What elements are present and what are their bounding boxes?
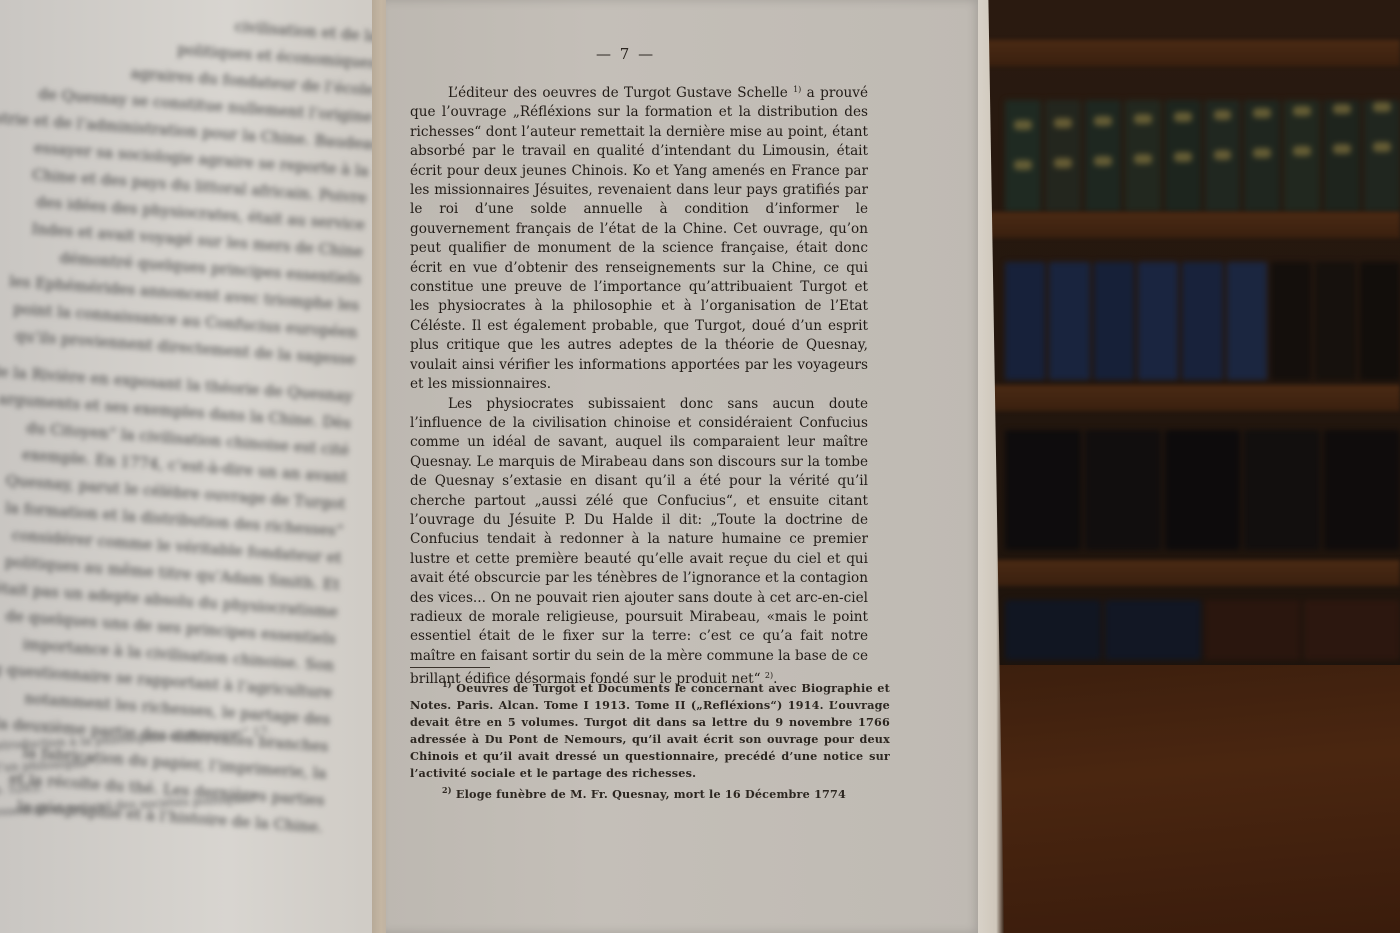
shelf-board [975, 385, 1400, 411]
footnote-mark: 2) [442, 785, 452, 795]
footnote: 2) Eloge funèbre de M. Fr. Quesnay, mort… [410, 782, 890, 803]
left-page: civilisation et de lapolitiques et écono… [0, 0, 380, 933]
left-page-text: civilisation et de lapolitiques et écono… [0, 0, 379, 841]
footnote: 1) Oeuvres de Turgot et Documents le con… [410, 676, 890, 782]
body-text: L’éditeur des oeuvres de Turgot Gustave … [410, 80, 868, 690]
shelf-board [975, 212, 1400, 238]
wooden-table [975, 665, 1400, 933]
paragraph-text: L’éditeur des oeuvres de Turgot Gustave … [448, 85, 793, 101]
book-row-dark [1005, 430, 1400, 550]
paragraph: Les physiocrates subissaient donc sans a… [410, 395, 868, 690]
book-row-blue [1005, 262, 1400, 380]
shelf-board [975, 560, 1400, 586]
paragraph-text: a prouvé que l’ouvrage „Réfléxions sur l… [410, 85, 868, 392]
footnotes: 1) Oeuvres de Turgot et Documents le con… [410, 676, 890, 803]
footnote-text: Oeuvres de Turgot et Documents le concer… [410, 681, 890, 780]
book-row-gilt [1005, 100, 1400, 212]
book-row-bottom [1005, 600, 1400, 660]
paragraph: L’éditeur des oeuvres de Turgot Gustave … [410, 80, 868, 395]
paragraph-text: Les physiocrates subissaient donc sans a… [410, 396, 868, 688]
footnote-mark: 1) [442, 679, 452, 689]
footnote-divider [410, 667, 490, 668]
page-number: — 7 — [596, 45, 655, 63]
shelf-board [975, 40, 1400, 66]
background-bookshelf [975, 0, 1400, 700]
footnote-text: Eloge funèbre de M. Fr. Quesnay, mort le… [452, 787, 846, 801]
